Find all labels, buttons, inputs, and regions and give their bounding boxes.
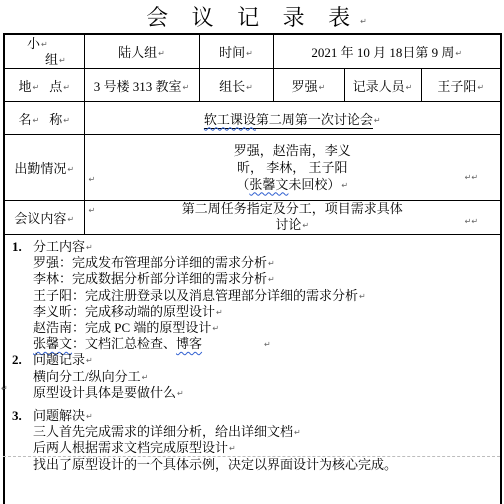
- time-label: 时间: [219, 45, 245, 60]
- end-of-cell-mark: ↵↵: [465, 173, 478, 182]
- paragraph-mark: ↵: [183, 83, 190, 92]
- document-title-text: 会 议 记 录 表: [146, 5, 359, 30]
- group-label-char2: 组: [45, 52, 58, 67]
- paragraph-mark: ↵: [142, 373, 149, 382]
- paragraph-mark: ↵: [359, 292, 366, 301]
- table-row: 1.分工内容↵罗强：完成发布管理部分详细的需求分析↵李林：完成数据分析部分详细的…: [4, 235, 501, 504]
- minutes-line: 找出了原型设计的一个具体示例，决定以界面设计为核心完成。: [12, 457, 496, 472]
- text-segment: 找出了原型设计的一个具体示例，决定以界面设计为核心完成。: [33, 457, 397, 472]
- minutes-section: 2.问题记录↵横向分工/纵向分工↵原型设计具体是要做什么↵: [12, 352, 496, 401]
- minutes-line: 李林：完成数据分析部分详细的需求分析↵: [12, 271, 496, 287]
- paragraph-mark: ↵: [86, 356, 93, 365]
- section-heading: 问题解决: [33, 408, 85, 423]
- paragraph-mark: ↵: [59, 56, 66, 65]
- paragraph-mark: ↵: [41, 40, 48, 49]
- misspelled-text: 张馨文: [33, 336, 72, 351]
- misspelled-text: 张馨文: [249, 177, 288, 192]
- cell-group-value: 陆人组↵: [84, 34, 199, 69]
- cell-attendance-label: 出勤情况↵: [4, 135, 84, 201]
- minutes-line: 三人首先完成需求的详细分析，给出详细文档↵: [12, 424, 496, 440]
- text-segment: 后两人根据需求文档完成原型设计: [33, 440, 228, 455]
- leader-label: 组长: [219, 79, 245, 94]
- paragraph-mark: ↵: [212, 324, 219, 333]
- name-label-char1: 名: [19, 112, 32, 127]
- leader-value: 罗强: [292, 79, 318, 94]
- minutes-line: 原型设计具体是要做什么↵: [12, 385, 496, 401]
- meeting-content: 第二周任务指定及分工，项目需求具体 讨论↵: [85, 201, 501, 234]
- text-segment: 三人首先完成需求的详细分析，给出详细文档: [33, 424, 293, 439]
- section-heading: 分工内容: [33, 239, 85, 254]
- minutes-line: 后两人根据需求文档完成原型设计↵: [12, 440, 496, 456]
- paragraph-mark: ↵: [302, 221, 309, 230]
- text-segment: 李林：完成数据分析部分详细的需求分析: [33, 271, 267, 286]
- minutes-line: 王子阳：完成注册登录以及消息管理部分详细的需求分析↵: [12, 288, 496, 304]
- attendance-line: 昕， 李林， 王子阳: [85, 159, 501, 176]
- misspelled-text: 博客: [176, 336, 202, 351]
- cell-leader-value: 罗强↵: [273, 69, 344, 102]
- paragraph-mark: ↵: [360, 17, 367, 26]
- attendance-label: 出勤情况: [14, 161, 66, 176]
- location-label-char2: 点: [49, 79, 62, 94]
- paragraph-mark: ↵: [477, 83, 484, 92]
- paragraph-mark: ↵: [264, 340, 271, 349]
- misspelled-text: 软工课设: [204, 112, 256, 127]
- text-segment: 赵浩南：完成 PC 端的原型设计: [33, 320, 211, 335]
- cell-time-value: 2021 年 10 月 18日第 9 周↵: [273, 34, 501, 69]
- paragraph-mark: ↵: [455, 49, 462, 58]
- cell-name-label: 名↵称↵: [4, 102, 84, 135]
- cell-content-value: ↵ 第二周任务指定及分工，项目需求具体 讨论↵ ↵↵: [84, 201, 501, 235]
- section-number: 2.: [12, 352, 33, 367]
- text-segment: ：文档汇总检查、: [72, 336, 176, 351]
- cell-recorder-label: 记录人员↵: [344, 69, 421, 102]
- minutes-area: 1.分工内容↵罗强：完成发布管理部分详细的需求分析↵李林：完成数据分析部分详细的…: [4, 235, 501, 504]
- section-number: 3.: [12, 408, 33, 423]
- paragraph-mark: ↵: [63, 83, 70, 92]
- recorder-value: 王子阳: [437, 79, 476, 94]
- cell-group-label: 小↵ 组↵: [4, 34, 84, 69]
- table-row: 小↵ 组↵ 陆人组↵ 时间↵ 2021 年 10 月 18日第 9 周↵: [4, 34, 501, 69]
- cell-leader-label: 组长↵: [199, 69, 273, 102]
- group-value: 陆人组: [118, 45, 157, 60]
- table-row: 名↵称↵ 软工课设第二周第一次讨论会↵: [4, 102, 501, 135]
- paragraph-mark: ↵: [268, 275, 275, 284]
- meeting-name: 软工课设第二周第一次讨论会: [204, 112, 373, 129]
- paragraph-mark: ↵: [177, 389, 184, 398]
- name-label-char2: 称: [49, 112, 62, 127]
- paragraph-mark: ↵: [158, 49, 165, 58]
- section-heading-line: 1.分工内容↵: [12, 239, 496, 255]
- paragraph-mark: ↵: [229, 444, 236, 453]
- group-label-char1: 小: [27, 36, 40, 51]
- paragraph-mark: ↵: [86, 243, 93, 252]
- paragraph-mark: ↵: [268, 259, 275, 268]
- content-label: 会议内容: [14, 211, 66, 226]
- table-row: 地↵点↵ 3 号楼 313 教室↵ 组长↵ 罗强↵ 记录人员↵ 王子阳↵: [4, 69, 501, 102]
- table-row: 出勤情况↵ ↵ 罗强，赵浩南，李义 昕， 李林， 王子阳 （张馨文未回校）↵ ↵…: [4, 135, 501, 201]
- paragraph-mark: ↵: [89, 206, 96, 215]
- paragraph-mark: ↵: [67, 215, 74, 224]
- content-line: 第二周任务指定及分工，项目需求具体: [85, 201, 501, 217]
- minutes-line: 罗强：完成发布管理部分详细的需求分析↵: [12, 255, 496, 271]
- paragraph-mark: ↵: [246, 83, 253, 92]
- document-title: 会 议 记 录 表↵: [0, 1, 504, 32]
- paragraph-mark: ↵: [86, 412, 93, 421]
- cell-attendance-value: ↵ 罗强，赵浩南，李义 昕， 李林， 王子阳 （张馨文未回校）↵ ↵↵: [84, 135, 501, 201]
- cell-location-label: 地↵点↵: [4, 69, 84, 102]
- section-heading: 问题记录: [33, 352, 85, 367]
- meeting-info-table: 小↵ 组↵ 陆人组↵ 时间↵ 2021 年 10 月 18日第 9 周↵ 地↵点…: [3, 33, 502, 504]
- attendance-line: （张馨文未回校）↵: [85, 176, 501, 194]
- text-segment: 第二周第一次讨论会: [256, 112, 373, 127]
- minutes-section: 1.分工内容↵罗强：完成发布管理部分详细的需求分析↵李林：完成数据分析部分详细的…: [12, 239, 496, 352]
- cell-time-label: 时间↵: [199, 34, 273, 69]
- table-row: 会议内容↵ ↵ 第二周任务指定及分工，项目需求具体 讨论↵ ↵↵: [4, 201, 501, 235]
- time-value: 2021 年 10 月 18日第 9 周: [311, 45, 454, 60]
- page-boundary-dashes: [3, 456, 500, 457]
- text-segment: 罗强：完成发布管理部分详细的需求分析: [33, 255, 267, 270]
- text-segment: 原型设计具体是要做什么: [33, 385, 176, 400]
- text-segment: 讨论: [275, 217, 301, 232]
- recorder-label: 记录人员: [353, 79, 405, 94]
- minutes-line: 横向分工/纵向分工↵: [12, 369, 496, 385]
- attendance-content: 罗强，赵浩南，李义 昕， 李林， 王子阳 （张馨文未回校）↵: [85, 142, 501, 194]
- cell-content-label: 会议内容↵: [4, 201, 84, 235]
- section-heading-line: 2.问题记录↵: [12, 352, 496, 368]
- minutes-line: 赵浩南：完成 PC 端的原型设计↵: [12, 320, 496, 336]
- section-heading-line: 3.问题解决↵: [12, 408, 496, 424]
- section-number: 1.: [12, 239, 33, 254]
- text-segment: 未回校）: [288, 177, 340, 192]
- text-segment: 王子阳：完成注册登录以及消息管理部分详细的需求分析: [33, 288, 358, 303]
- paragraph-mark: ↵: [33, 116, 40, 125]
- paragraph-mark: ↵: [1, 384, 8, 393]
- text-segment: （: [236, 177, 249, 192]
- text-segment: 横向分工/纵向分工: [33, 369, 141, 384]
- location-label-char1: 地: [19, 79, 32, 94]
- document-page: 会 议 记 录 表↵ 小↵ 组↵ 陆人组↵ 时间↵ 2021 年 10 月 18…: [0, 0, 504, 504]
- paragraph-mark: ↵: [67, 165, 74, 174]
- cell-recorder-value: 王子阳↵: [421, 69, 501, 102]
- paragraph-mark: ↵: [33, 83, 40, 92]
- paragraph-mark: ↵: [246, 49, 253, 58]
- paragraph-mark: ↵: [319, 83, 326, 92]
- paragraph-mark: ↵: [374, 116, 381, 125]
- cell-name-value: 软工课设第二周第一次讨论会↵: [84, 102, 501, 135]
- paragraph-mark: ↵: [341, 181, 348, 190]
- minutes-section: 3.问题解决↵三人首先完成需求的详细分析，给出详细文档↵后两人根据需求文档完成原…: [12, 408, 496, 472]
- end-of-cell-mark: ↵↵: [465, 217, 478, 226]
- content-line: 讨论↵: [85, 217, 501, 234]
- minutes-line: 张馨文：文档汇总检查、博客↵: [12, 336, 496, 352]
- paragraph-mark: ↵: [89, 175, 96, 184]
- cell-location-value: 3 号楼 313 教室↵: [84, 69, 199, 102]
- paragraph-mark: ↵: [294, 428, 301, 437]
- text-segment: 李义昕：完成移动端的原型设计: [33, 304, 215, 319]
- location-value: 3 号楼 313 教室: [94, 79, 182, 94]
- attendance-line: 罗强，赵浩南，李义: [85, 142, 501, 159]
- minutes-line: 李义昕：完成移动端的原型设计↵: [12, 304, 496, 320]
- paragraph-mark: ↵: [63, 116, 70, 125]
- paragraph-mark: ↵: [216, 308, 223, 317]
- paragraph-mark: ↵: [406, 83, 413, 92]
